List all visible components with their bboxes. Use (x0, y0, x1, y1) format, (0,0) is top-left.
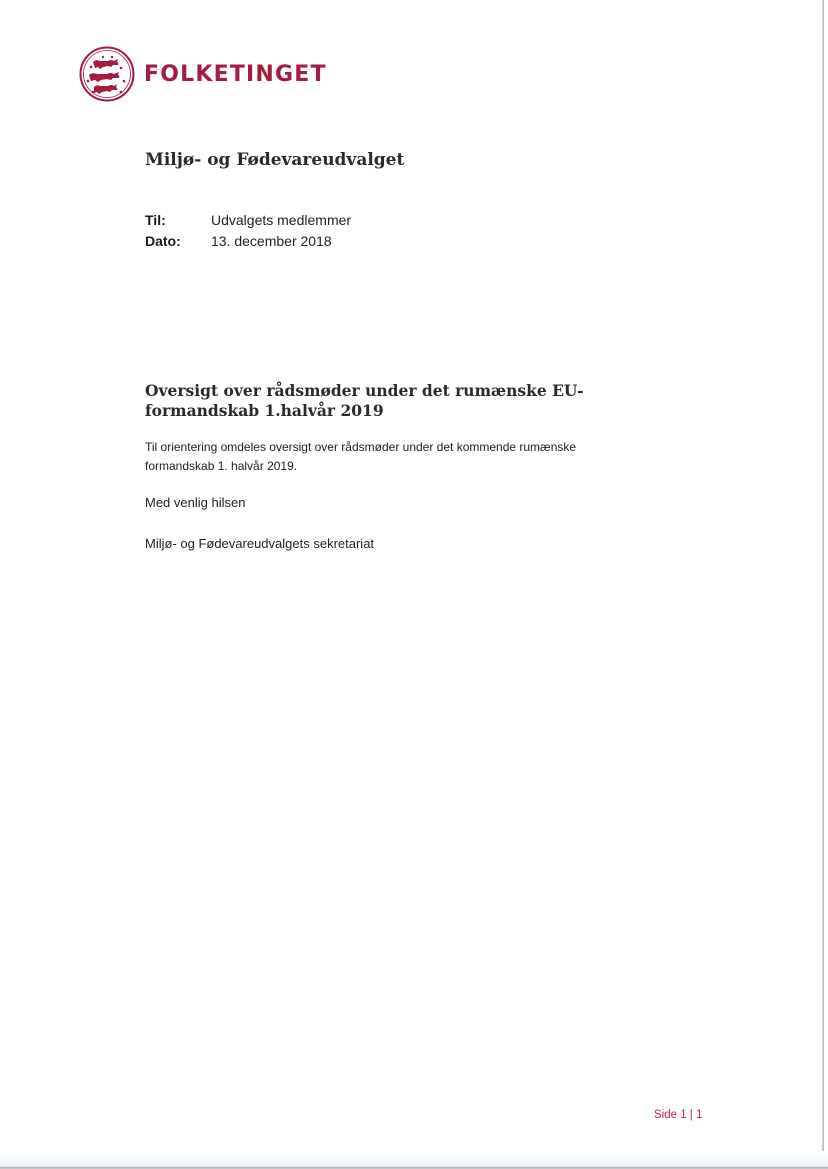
signature: Miljø- og Fødevareudvalgets sekretariat (145, 536, 374, 551)
committee-title: Miljø- og Fødevareudvalget (145, 150, 404, 170)
recipient-value: Udvalgets medlemmer (211, 210, 351, 231)
organization-name: FOLKETINGET (144, 62, 327, 87)
document-page: FOLKETINGET Miljø- og Fødevareudvalget T… (0, 0, 828, 1169)
scan-edge-right (822, 0, 824, 1169)
scan-edge-bottom (0, 1151, 828, 1169)
date-label: Dato: (145, 231, 211, 252)
folketinget-seal-icon (79, 46, 135, 102)
recipient-label: Til: (145, 210, 211, 231)
letter-meta: Til: Udvalgets medlemmer Dato: 13. decem… (145, 210, 351, 252)
body-paragraph: Til orientering omdeles oversigt over rå… (145, 438, 615, 476)
recipient-row: Til: Udvalgets medlemmer (145, 210, 351, 231)
date-value: 13. december 2018 (211, 231, 332, 252)
page-number: Side 1 | 1 (654, 1109, 702, 1121)
date-row: Dato: 13. december 2018 (145, 231, 351, 252)
closing-greeting: Med venlig hilsen (145, 495, 245, 510)
folketinget-logo: FOLKETINGET (79, 46, 327, 102)
subject-heading: Oversigt over rådsmøder under det rumæns… (145, 381, 605, 421)
